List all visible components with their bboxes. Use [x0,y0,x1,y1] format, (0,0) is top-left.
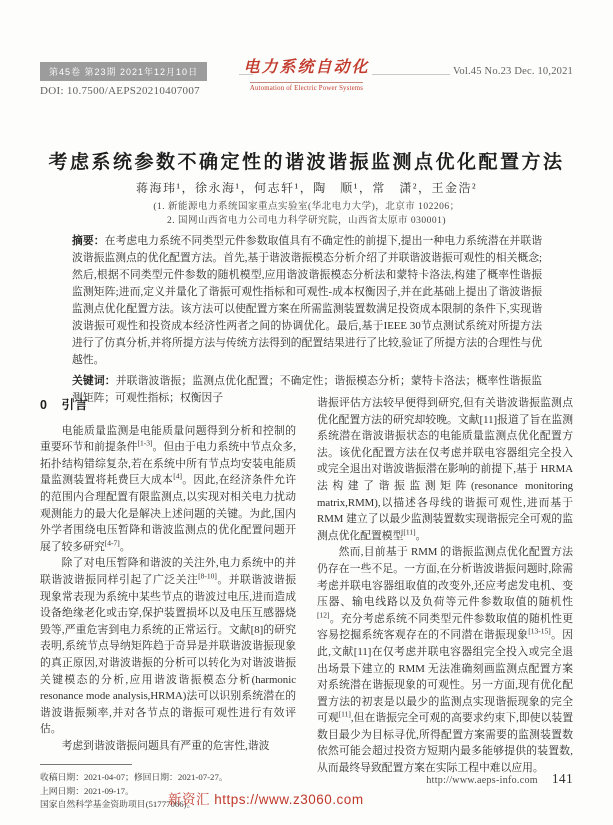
journal-page: 第45卷 第23期 2021年12月10日 DOI: 10.7500/AEPS2… [0,0,613,825]
footer-url: http://www.aeps-info.com [426,775,538,786]
footnote-received-date: 收稿日期：2021-04-07；修回日期：2021-07-27。 [40,771,296,785]
header-divider-right [372,74,450,75]
abstract-text: 在考虑电力系统不同类型元件参数取值具有不确定性的前提下,提出一种电力系统潜在并联… [72,235,542,366]
left-column: 0 引言 电能质量监测是电能质量问题得到分析和控制的重要环节和前提条件[1-3]… [40,395,296,812]
section-heading-intro: 0 引言 [40,397,296,414]
affiliation-line-1: (1. 新能源电力系统国家重点实验室(华北电力大学)，北京市 102206； [0,198,613,212]
intro-paragraph: 谐振评估方法较早便得到研究,但有关谐波谐振监测点优化配置方法的研究却较晚。文献[… [317,395,573,544]
intro-paragraph: 电能质量监测是电能质量问题得到分析和控制的重要环节和前提条件[1-3]。但由于电… [40,423,296,556]
intro-paragraph: 考虑到谐波谐振问题具有严重的危害性,谐波 [40,738,296,755]
intro-paragraph: 然而,目前基于 RMM 的谐振监测点优化配置方法仍存在一些不足。一方面,在分析谐… [317,544,573,776]
watermark-text: 新资汇 https://www.z3060.com [168,788,364,808]
article-title: 考虑系统参数不确定性的谐波谐振监测点优化配置方法 [0,147,613,174]
volume-info: Vol.45 No.23 Dec. 10,2021 [453,66,573,77]
body-columns: 0 引言 电能质量监测是电能质量问题得到分析和控制的重要环节和前提条件[1-3]… [40,395,573,812]
abstract-block: 摘要：在考虑电力系统不同类型元件参数取值具有不确定性的前提下,提出一种电力系统潜… [72,233,542,407]
page-number: 141 [552,771,573,786]
header-divider-left [239,74,253,75]
affiliation-line-2: 2. 国网山西省电力公司电力科学研究院，山西省太原市 030001) [0,212,613,226]
abstract-label: 摘要： [72,235,105,247]
keywords-label: 关键词： [72,375,116,387]
abstract-paragraph: 摘要：在考虑电力系统不同类型元件参数取值具有不确定性的前提下,提出一种电力系统潜… [72,233,542,369]
authors-line: 蒋海玮¹，徐永海¹，何志轩¹，陶 顺¹，常 潇²，王金浩² [0,179,613,196]
intro-paragraph: 除了对电压暂降和谐波的关注外,电力系统中的并联谐波谐振同样引起了广泛关注[8-1… [40,555,296,738]
page-footer: http://www.aeps-info.com141 [426,771,573,787]
journal-name-en: Automation of Electric Power Systems [250,82,363,92]
right-column: 谐振评估方法较早便得到研究,但有关谐波谐振监测点优化配置方法的研究却较晚。文献[… [317,395,573,812]
